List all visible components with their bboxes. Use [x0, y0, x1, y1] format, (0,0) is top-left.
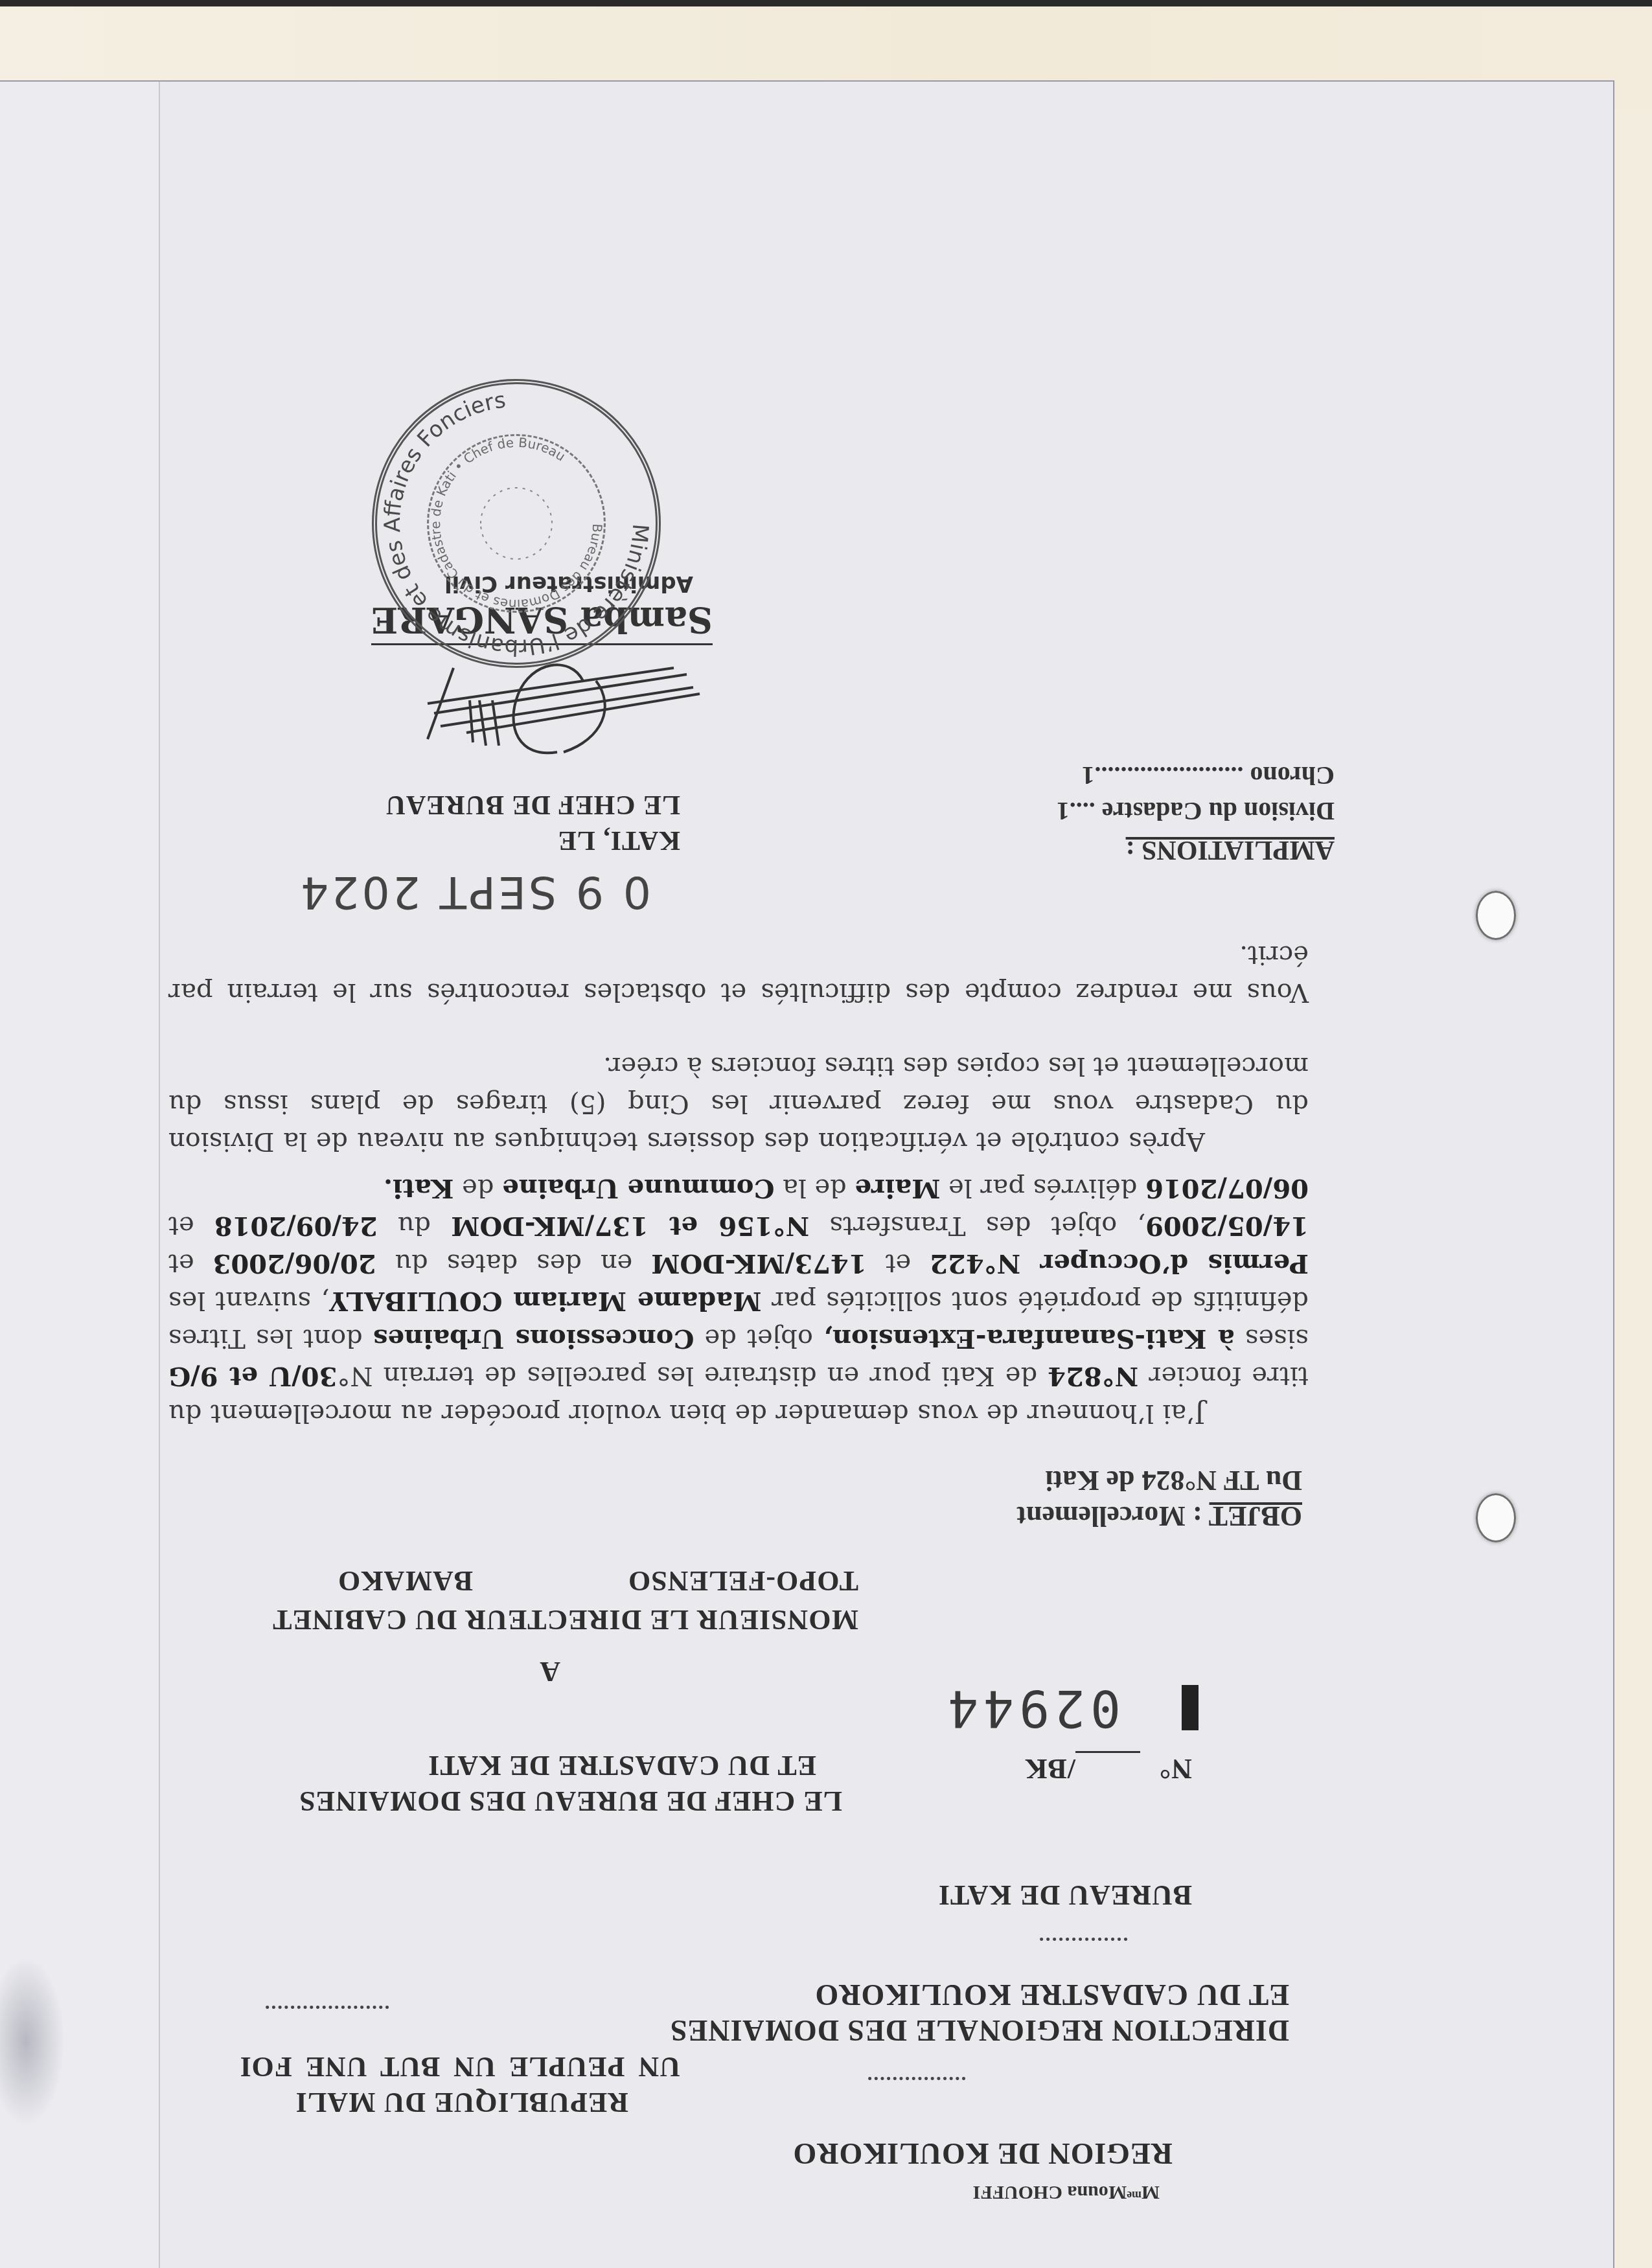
emphasized-text: Maire: [855, 1173, 941, 1204]
amplification-item: Division du Cadastre ....1: [1057, 796, 1335, 827]
recipient-line3: BAMAKO: [338, 1564, 473, 1598]
subject-block: OBJET : Morcellement: [1016, 1500, 1302, 1533]
body-text: de la: [774, 1173, 855, 1203]
body-paragraph-3: Vous me rendrez compte des difficultés e…: [168, 936, 1309, 1011]
body-text: , suivant les: [168, 1286, 329, 1316]
reference-handwritten-number: 02944: [943, 1678, 1121, 1737]
body-text: sises: [1235, 1323, 1309, 1353]
direction-title: DIRECTION REGIONALE DES DOMAINES: [670, 2013, 1289, 2048]
handwritten-mark: [1182, 1685, 1199, 1730]
signatory-title: LE CHEF DE BUREAU: [385, 789, 680, 820]
subject-reference: Du TF N°824 de Kati: [1045, 1464, 1302, 1497]
body-text: en des dates du: [376, 1248, 651, 1278]
emphasized-text: N°824: [1048, 1361, 1138, 1392]
place-line: KATI, LE: [558, 825, 680, 856]
amplifications-label: AMPLIATIONS :: [1126, 834, 1335, 865]
emphasized-text: Concessions Urbaines: [373, 1323, 694, 1354]
recipient-line1: MONSIEUR LE DIRECTEUR DU CABINET: [272, 1603, 858, 1636]
emphasized-text: N°156 et 137/MK-DOM: [451, 1211, 809, 1241]
seal-text-ring: Ministère de l’Urbanisme et des Affaires…: [372, 379, 661, 668]
date-stamp: 0 9 SEPT 2024: [298, 866, 651, 917]
emphasized-text: Madame Mariam COULIBALY: [329, 1286, 761, 1316]
body-text: de Kati pour en distraire les parcelles …: [337, 1361, 1048, 1391]
reference-suffix: /BK: [1024, 1752, 1075, 1785]
emphasized-text: 1473/MK-DOM: [651, 1248, 866, 1279]
emphasized-text: Commune Urbaine: [502, 1173, 774, 1204]
sender-line1: LE CHEF DE BUREAU DES DOMAINES: [299, 1785, 842, 1818]
punch-hole: [1476, 1493, 1516, 1542]
body-text: , objet des Transferts: [809, 1211, 1145, 1241]
emphasized-text: 24/09/2018: [214, 1211, 378, 1241]
addressee-prefix: A: [539, 1655, 560, 1688]
punch-hole: [1476, 891, 1516, 940]
reference-prefix: N°: [1159, 1752, 1192, 1785]
body-text: délivrés par le: [940, 1173, 1145, 1203]
direction-subtitle: ET DU CADASTRE KOULIKORO: [815, 1978, 1289, 2012]
amplification-item: Chrono .......................1: [1082, 761, 1335, 791]
bureau-title: BUREAU DE KATI: [938, 1879, 1192, 1912]
body-paragraph-2: Après contrôle et vérification des dossi…: [168, 1048, 1309, 1160]
body-text: et: [168, 1211, 214, 1241]
republic-title: REPUBLIQUE DU MALI: [295, 2086, 628, 2119]
emphasized-text: Permis d’Occuper N°422: [930, 1248, 1309, 1279]
emphasized-text: 20/06/2003: [213, 1248, 376, 1279]
svg-text:Ministère de l’Urbanisme et de: Ministère de l’Urbanisme et des Affaires…: [380, 387, 654, 661]
recipient-line2: TOPO-FELENSO: [628, 1564, 858, 1598]
svg-text:Bureau des Domaines et du Cada: Bureau des Domaines et du Cadastre de Ka…: [428, 435, 605, 612]
subject-label: OBJET: [1210, 1500, 1302, 1532]
emphasized-text: à Kati-Sananfara-Extension,: [823, 1323, 1235, 1354]
body-paragraph-1: J’ai l’honneur de vous demander de bien …: [168, 1169, 1309, 1432]
document-page: MᵐᵉMouna CHOUFFI REGION DE KOULIKORO DIR…: [0, 0, 1652, 2268]
author-line: MᵐᵉMouna CHOUFFI: [973, 2181, 1160, 2203]
body-text: du: [378, 1211, 452, 1241]
body-text: et: [168, 1248, 213, 1278]
emphasized-text: 30/U et 9/G: [168, 1361, 337, 1392]
body-text: et: [867, 1248, 930, 1278]
body-text: objet de: [694, 1323, 823, 1353]
body-text: de: [453, 1173, 502, 1203]
emphasized-text: 14/05/2009: [1145, 1211, 1309, 1241]
sender-line2: ET DU CADASTRE DE KATI: [428, 1749, 816, 1782]
emphasized-text: Kati.: [384, 1173, 453, 1204]
emphasized-text: 06/07/2016: [1145, 1173, 1309, 1204]
divider: [266, 2006, 389, 2009]
region-title: REGION DE KOULIKORO: [793, 2136, 1173, 2171]
motto: UN PEUPLE UN BUT UNE FOI: [240, 2050, 680, 2083]
divider: [1040, 1938, 1127, 1941]
divider: [868, 2077, 965, 2080]
scan-smudge: [0, 1957, 65, 2125]
subject-text: : Morcellement: [1016, 1500, 1209, 1532]
reference-blank-line: [1075, 1751, 1140, 1753]
